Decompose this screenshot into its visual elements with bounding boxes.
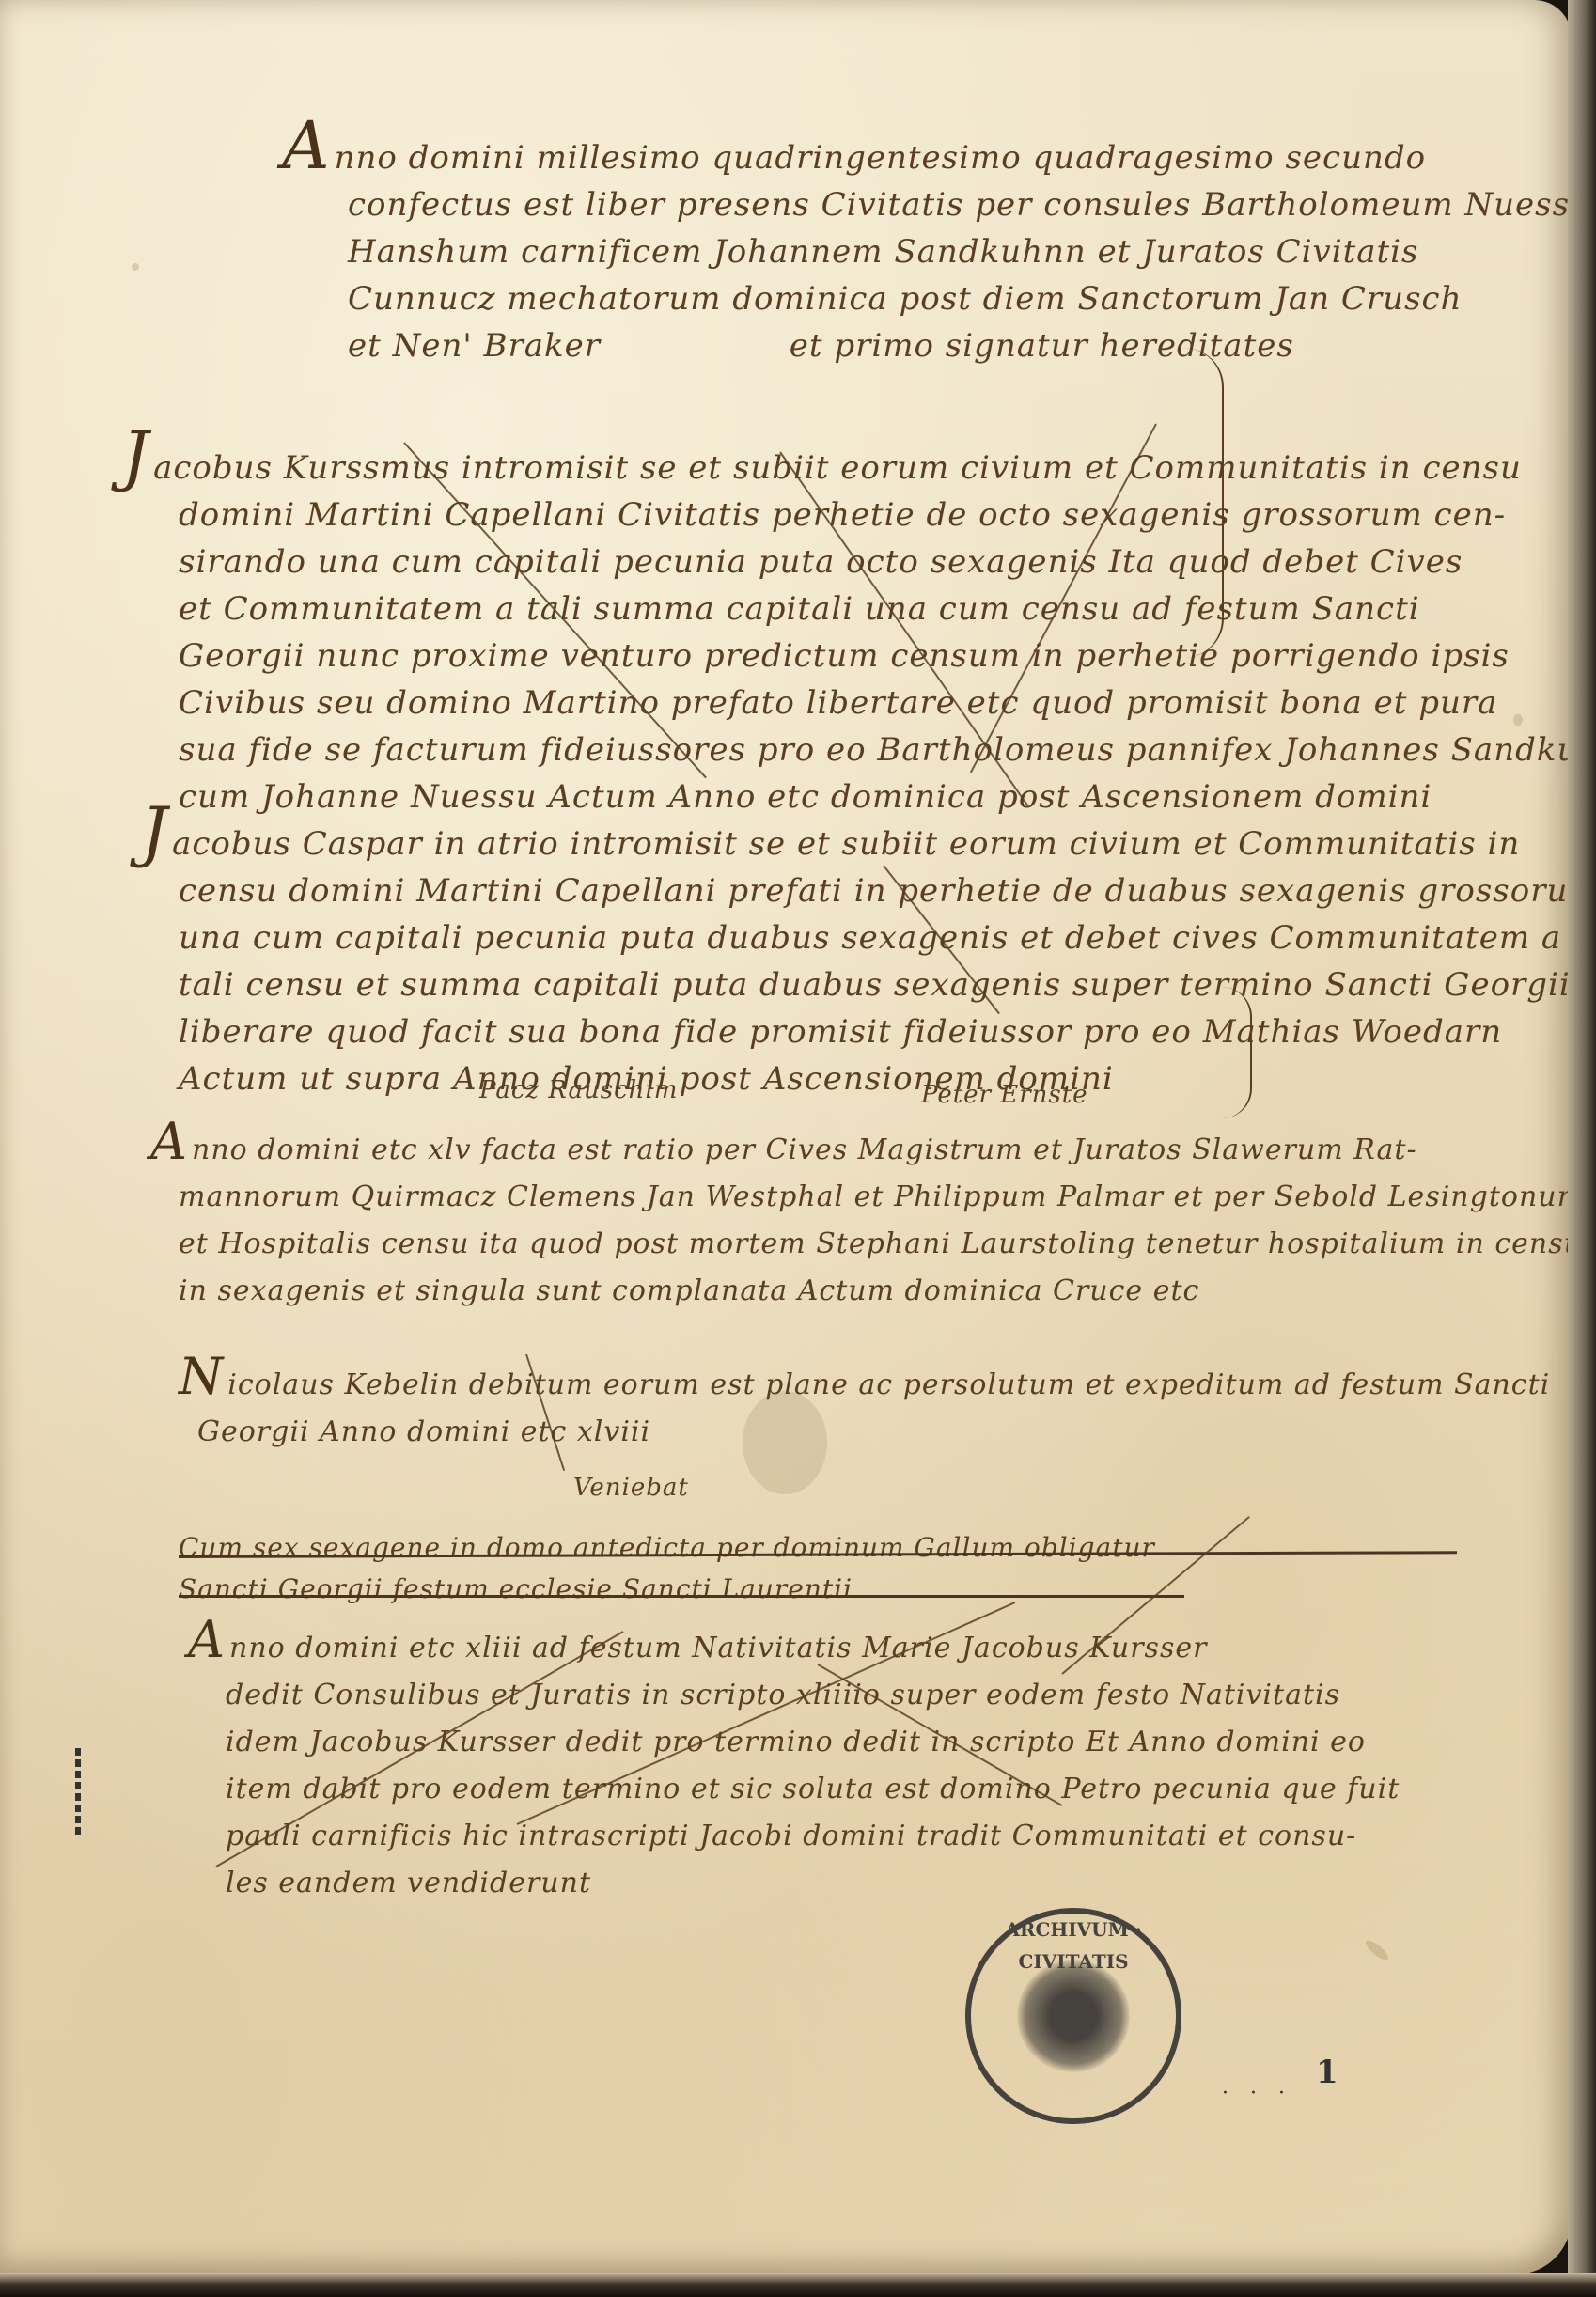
text-line: Hanshum carnificem Johannem Sandkuhnn et… (282, 228, 1591, 275)
annotation-note: Veniebat (573, 1474, 689, 1502)
text-line: icolaus Kebelin debitum eorum est plane … (227, 1368, 1550, 1401)
text-line: Pacz Rauschim (479, 1076, 678, 1104)
text-line: Veniebat (573, 1474, 689, 1502)
text-line: et Hospitalis censu ita quod post mortem… (150, 1221, 1585, 1268)
drop-initial: A (282, 107, 331, 184)
margin-mark (75, 1748, 81, 1837)
text-line: acobus Caspar in atrio intromisit se et … (172, 825, 1520, 863)
drop-initial: J (122, 417, 149, 494)
text-line: Cunnucz mechatorum dominica post diem Sa… (282, 275, 1591, 322)
text-line: dedit Consulibus et Juratis in scripto x… (188, 1672, 1400, 1719)
text-line: sirando una cum capitali pecunia puta oc… (122, 539, 1596, 586)
paragraph-heading: Anno domini millesimo quadringentesimo q… (282, 122, 1591, 369)
text-line: mannorum Quirmacz Clemens Jan Westphal e… (150, 1174, 1585, 1221)
text-line: domini Martini Capellani Civitatis perhe… (122, 492, 1596, 539)
drop-initial: A (188, 1610, 226, 1669)
text-line: et Communitatem a tali summa capitali un… (122, 586, 1596, 633)
paragraph-anno: Anno domini etc xlv facta est ratio per … (150, 1118, 1585, 1315)
drop-initial: A (150, 1112, 188, 1171)
text-line: nno domini etc xlv facta est ratio per C… (192, 1133, 1417, 1166)
text-line: pauli carnificis hic intrascripti Jacobi… (188, 1813, 1400, 1860)
text-line: idem Jacobus Kursser dedit pro termino d… (188, 1719, 1400, 1766)
page-edge-right (1568, 0, 1596, 2297)
text-line: sua fide se facturum fideiussores pro eo… (122, 727, 1596, 773)
text-line: Georgii Anno domini etc xlviii (179, 1409, 1550, 1456)
paragraph-jacobus-2: Jacobus Caspar in atrio intromisit se et… (141, 808, 1596, 1102)
text-line: Actum ut supra Anno domini post Ascensio… (141, 1055, 1596, 1102)
annotation-name: Pacz Rauschim (479, 1076, 678, 1104)
paragraph-nicolaus: Nicolaus Kebelin debitum eorum est plane… (179, 1353, 1550, 1456)
text-line: liberare quod facit sua bona fide promis… (141, 1008, 1596, 1055)
drop-initial: N (179, 1347, 224, 1406)
ink-spot (132, 263, 139, 271)
annotation-name: Peter Ernste (921, 1081, 1088, 1109)
margin-bracket (1184, 348, 1224, 658)
text-line: nno domini millesimo quadringentesimo qu… (335, 139, 1427, 177)
drop-initial: J (141, 793, 168, 870)
page-edge-bottom (0, 2273, 1596, 2297)
folio-dots: · · · (1222, 2082, 1292, 2105)
text-line: in sexagenis et singula sunt complanata … (150, 1268, 1585, 1315)
text-line: censu domini Martini Capellani prefati i… (141, 867, 1596, 914)
text-line: et Nen' Braker et primo signatur heredit… (282, 322, 1591, 369)
text-line: Georgii nunc proxime venturo predictum c… (122, 633, 1596, 680)
text-line: les eandem vendiderunt (188, 1860, 1400, 1907)
archive-stamp: ARCHIVUM · CIVITATIS (965, 1908, 1181, 2124)
paragraph-jacobus-1: Jacobus Kurssmus intromisit se et subiit… (122, 432, 1596, 820)
text-line: acobus Kurssmus intromisit se et subiit … (153, 449, 1522, 487)
manuscript-page: Anno domini millesimo quadringentesimo q… (0, 0, 1572, 2274)
text-line: Civibus seu domino Martino prefato liber… (122, 680, 1596, 727)
stamp-text: ARCHIVUM · CIVITATIS (971, 1914, 1176, 2118)
folio-number: 1 (1316, 2054, 1338, 2091)
text-line: nno domini etc xliii ad festum Nativitat… (229, 1632, 1207, 1664)
text-line: tali censu et summa capitali puta duabus… (141, 961, 1596, 1008)
text-line: Peter Ernste (921, 1081, 1088, 1109)
strikethrough-line (179, 1595, 1184, 1598)
paragraph-last: Anno domini etc xliii ad festum Nativita… (188, 1617, 1400, 1907)
stain (1363, 1938, 1390, 1963)
text-line: una cum capitali pecunia puta duabus sex… (141, 914, 1596, 961)
text-line: Cum sex sexagene in domo antedicta per d… (179, 1527, 1155, 1569)
text-line: item dabit pro eodem termino et sic solu… (188, 1766, 1400, 1813)
text-line: confectus est liber presens Civitatis pe… (282, 181, 1591, 228)
margin-bracket (1222, 987, 1252, 1118)
